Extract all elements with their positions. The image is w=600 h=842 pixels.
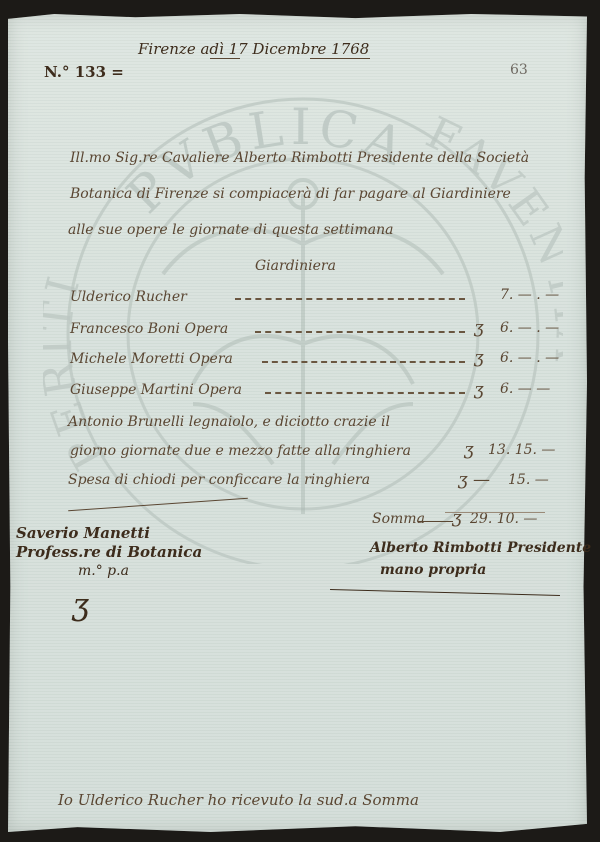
currency-mark: ʒ — [474, 318, 484, 338]
total-leader — [418, 521, 453, 522]
entry-name: Ulderico Rucher — [70, 289, 187, 305]
entry-amount: 15. — — [508, 472, 549, 488]
entry-name: giorno giornate due e mezzo fatte alla r… — [70, 443, 411, 459]
entry-name: Francesco Boni Opera — [70, 321, 228, 337]
signature-left-title: Profess.re di Botanica — [16, 543, 202, 561]
total-label: Somma — [372, 511, 425, 527]
entry-name: Giuseppe Martini Opera — [70, 382, 242, 398]
year-underline — [310, 58, 370, 59]
place-date: Firenze adì 17 Dicembre 1768 — [138, 40, 369, 58]
entry-name: Michele Moretti Opera — [70, 351, 233, 367]
currency-mark: ʒ — [464, 440, 474, 460]
entry-name: Antonio Brunelli legnaiolo, e diciotto c… — [68, 414, 390, 430]
signature-left-name: Saverio Manetti — [16, 524, 150, 542]
entry-amount: 7. — . — — [500, 287, 559, 303]
signature-right-name: Alberto Rimbotti Presidente — [370, 540, 591, 556]
currency-mark: ʒ — — [458, 470, 490, 490]
folio-number: 63 — [510, 62, 528, 78]
currency-mark: ʒ — [474, 380, 484, 400]
leader-dashes — [255, 331, 465, 333]
leader-dashes — [265, 392, 465, 394]
date-underline — [210, 58, 240, 59]
salutation-line-2: Botanica di Firenze si compiacerà di far… — [70, 186, 511, 202]
leader-dashes — [262, 361, 465, 363]
flourish-mark: ʒ — [72, 588, 89, 623]
total-overline — [445, 512, 545, 513]
document-number: N.° 133 = — [44, 63, 124, 81]
currency-mark: ʒ — [474, 348, 484, 368]
entry-amount: 6. — . — — [500, 320, 559, 336]
salutation-line-3: alle sue opere le giornate di questa set… — [68, 222, 394, 238]
currency-mark: ʒ — [452, 508, 462, 528]
leader-dashes — [235, 298, 465, 300]
signature-right-manu-propria: mano propria — [380, 562, 486, 578]
entry-amount: 6. — — — [500, 381, 550, 397]
total-amount: 29. 10. — — [470, 511, 537, 527]
signature-left-manu-propria: m.° p.a — [78, 563, 129, 579]
entry-amount: 6. — . — — [500, 350, 559, 366]
section-title: Giardiniera — [255, 258, 336, 274]
salutation-line-1: Ill.mo Sig.re Cavaliere Alberto Rimbotti… — [70, 150, 529, 166]
receipt-line: Io Ulderico Rucher ho ricevuto la sud.a … — [58, 791, 419, 809]
entry-amount: 13. 15. — — [488, 442, 555, 458]
entry-name: Spesa di chiodi per conficcare la ringhi… — [68, 472, 370, 488]
